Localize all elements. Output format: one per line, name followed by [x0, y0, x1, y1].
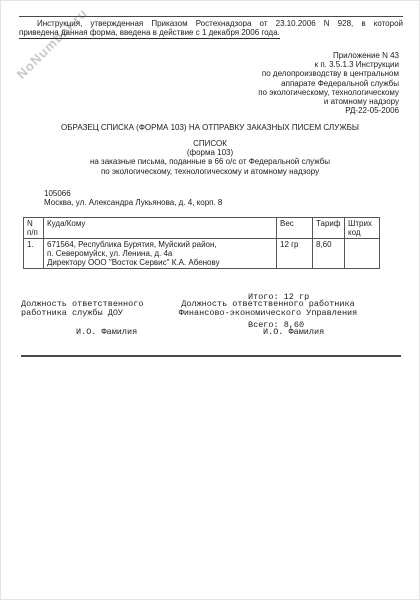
- cell-to-line: Директору ООО "Восток Сервис" К.А. Абено…: [47, 258, 273, 267]
- appendix-block: Приложение N 43 к п. 3.5.1.3 Инструкции …: [258, 51, 399, 115]
- sender-address: Москва, ул. Александра Лукьянова, д. 4, …: [44, 198, 222, 207]
- cell-num: 1.: [24, 239, 44, 269]
- signature-title-line: работника службы ДОУ: [21, 309, 143, 318]
- cell-tariff: 8,60: [313, 239, 345, 269]
- col-header-barcode: Штрих код: [345, 218, 380, 239]
- top-divider: [19, 16, 403, 17]
- col-header-to: Куда/Кому: [44, 218, 277, 239]
- mailing-table: N п/п Куда/Кому Вес Тариф Штрих код 1. 6…: [23, 217, 380, 269]
- header-note-line: Инструкция, утвержденная Приказом Ростех…: [19, 19, 403, 28]
- sample-title: ОБРАЗЕЦ СПИСКА (ФОРМА 103) НА ОТПРАВКУ З…: [1, 123, 419, 132]
- signature-title-line: Финансово-экономического Управления: [168, 309, 368, 318]
- cell-barcode: [345, 239, 380, 269]
- appendix-line: по делопроизводству в центральном: [258, 69, 399, 78]
- col-header-tariff: Тариф: [313, 218, 345, 239]
- list-heading: СПИСОК (форма 103) на заказные письма, п…: [1, 139, 419, 176]
- col-header-num: N п/п: [24, 218, 44, 239]
- cell-to-line: п. Северомуйск, ул. Ленина, д. 4а: [47, 249, 273, 258]
- list-subtitle: (форма 103): [1, 148, 419, 157]
- signature-title-left: Должность ответственного работника служб…: [21, 300, 143, 319]
- table-row: 1. 671564, Республика Бурятия, Муйский р…: [24, 239, 380, 269]
- list-title: СПИСОК: [1, 139, 419, 148]
- appendix-line: к п. 3.5.1.3 Инструкции: [258, 60, 399, 69]
- signature-name-left: И.О. Фамилия: [76, 328, 137, 337]
- table-header-row: N п/п Куда/Кому Вес Тариф Штрих код: [24, 218, 380, 239]
- document-page: NoNumber.ru Инструкция, утвержденная При…: [0, 0, 420, 600]
- cell-to-line: 671564, Республика Бурятия, Муйский райо…: [47, 240, 273, 249]
- col-header-weight: Вес: [277, 218, 313, 239]
- sender-postcode: 105066: [44, 189, 222, 198]
- list-heading-line: по экологическому, технологическому и ат…: [1, 167, 419, 176]
- header-note-line: приведена данная форма, введена в действ…: [19, 28, 403, 37]
- appendix-line: аппарате Федеральной службы: [258, 79, 399, 88]
- cell-to: 671564, Республика Бурятия, Муйский райо…: [44, 239, 277, 269]
- appendix-line: по экологическому, технологическому: [258, 88, 399, 97]
- list-heading-line: на заказные письма, поданные в 66 о/с от…: [1, 157, 419, 166]
- signature-title-right: Должность ответственного работника Финан…: [168, 300, 368, 319]
- site-watermark: NoNumber.ru: [3, 0, 101, 93]
- appendix-line: Приложение N 43: [258, 51, 399, 60]
- appendix-line: РД-22-05-2006: [258, 106, 399, 115]
- signature-name-right: И.О. Фамилия: [263, 328, 324, 337]
- cell-weight: 12 гр: [277, 239, 313, 269]
- appendix-line: и атомному надзору: [258, 97, 399, 106]
- sender-address-block: 105066 Москва, ул. Александра Лукьянова,…: [44, 189, 222, 207]
- header-note: Инструкция, утвержденная Приказом Ростех…: [19, 19, 403, 37]
- bottom-divider: [21, 355, 401, 357]
